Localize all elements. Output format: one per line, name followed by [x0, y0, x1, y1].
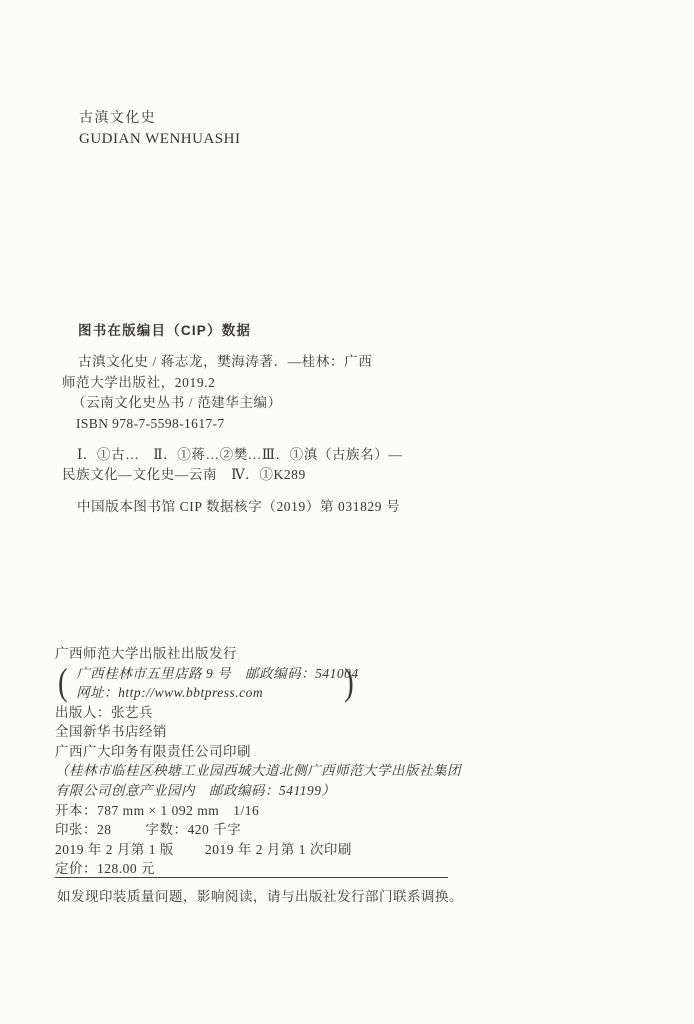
divider-rule	[55, 877, 448, 878]
cip-classification-block: Ⅰ．①古… Ⅱ．①蒋…②樊…Ⅲ．①滇（古族名）— 民族文化—文化史—云南 Ⅳ．①…	[62, 445, 402, 485]
publisher-address-line: 广西桂林市五里店路 9 号 邮政编码：541004	[76, 664, 344, 683]
publisher-line: 广西师范大学出版社出版发行	[55, 644, 461, 664]
cip-heading: 图书在版编目（CIP）数据	[78, 319, 251, 339]
publisher-person-line: 出版人：张艺兵	[55, 703, 461, 723]
cip-record-line-2: 师范大学出版社，2019.2	[62, 373, 372, 394]
printing-label: 2019 年 2 月第 1 次印刷	[205, 842, 352, 857]
sheets-words-line: 印张：28字数：420 千字	[55, 820, 461, 840]
series-title-block: 古滇文化史 GUDIAN WENHUASHI	[79, 107, 240, 148]
quality-notice-line: 如发现印装质量问题，影响阅读，请与出版社发行部门联系调换。	[57, 885, 463, 905]
open-bracket: (	[58, 664, 68, 702]
book-title-pinyin: GUDIAN WENHUASHI	[79, 131, 240, 148]
cip-registry-line: 中国版本图书馆 CIP 数据核字（2019）第 031829 号	[77, 495, 400, 515]
cip-record-line-1: 古滇文化史 / 蒋志龙，樊海涛著．—桂林：广西	[62, 352, 372, 373]
printer-address-line-2: 有限公司创意产业园内 邮政编码：541199）	[55, 781, 461, 801]
cip-record-line-3: （云南文化史丛书 / 范建华主编）	[62, 393, 372, 414]
distribution-line: 全国新华书店经销	[55, 722, 461, 742]
price-line: 定价：128.00 元	[55, 859, 461, 879]
book-title-chinese: 古滇文化史	[79, 107, 240, 127]
edition-label: 2019 年 2 月第 1 版	[55, 840, 205, 860]
sheets-label: 印张：28	[55, 822, 112, 837]
printer-line: 广西广大印务有限责任公司印刷	[55, 742, 461, 762]
printer-address-line-1: （桂林市临桂区秧塘工业园西城大道北侧广西师范大学出版社集团	[55, 761, 461, 781]
copyright-page: 古滇文化史 GUDIAN WENHUASHI 图书在版编目（CIP）数据 古滇文…	[0, 0, 694, 1024]
words-label: 字数：420 千字	[146, 822, 242, 837]
cip-record-block: 古滇文化史 / 蒋志龙，樊海涛著．—桂林：广西 师范大学出版社，2019.2 （…	[62, 352, 372, 434]
publisher-address-group: ( 广西桂林市五里店路 9 号 邮政编码：541004 网址：http://ww…	[55, 664, 461, 703]
cip-classification-line-2: 民族文化—文化史—云南 Ⅳ．①K289	[62, 465, 402, 485]
edition-printing-line: 2019 年 2 月第 1 版2019 年 2 月第 1 次印刷	[55, 840, 461, 860]
cip-record-line-4: ISBN 978-7-5598-1617-7	[62, 414, 372, 435]
format-line: 开本：787 mm × 1 092 mm 1/16	[55, 801, 461, 821]
publisher-website-line: 网址：http://www.bbtpress.com	[76, 683, 344, 702]
close-bracket: )	[344, 664, 354, 702]
colophon-block: 广西师范大学出版社出版发行 ( 广西桂林市五里店路 9 号 邮政编码：54100…	[55, 644, 461, 879]
cip-classification-line-1: Ⅰ．①古… Ⅱ．①蒋…②樊…Ⅲ．①滇（古族名）—	[62, 445, 402, 465]
